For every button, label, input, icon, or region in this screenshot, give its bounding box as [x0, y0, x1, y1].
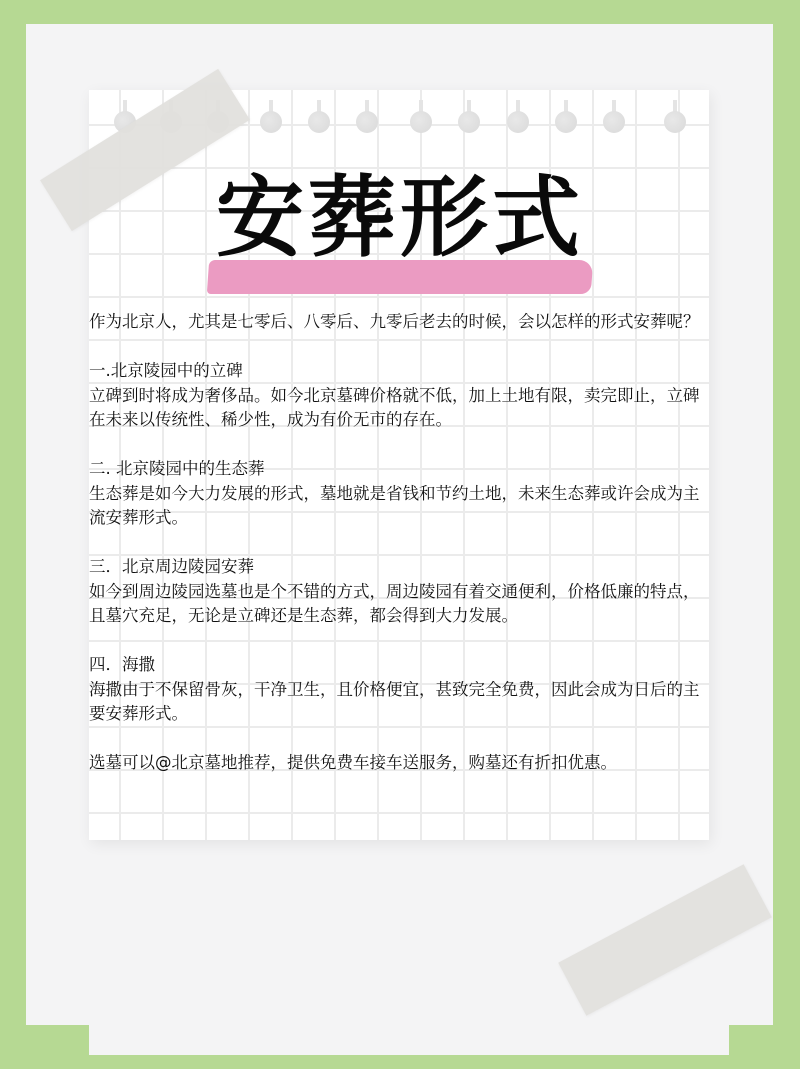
section-3: 三．北京周边陵园安葬 如今到周边陵园选墓也是个不错的方式，周边陵园有着交通便利，…	[89, 555, 714, 629]
binder-hole-icon	[458, 100, 480, 134]
binder-hole-icon	[356, 100, 378, 134]
section-2: 二. 北京陵园中的生态葬 生态葬是如今大力发展的形式，墓地就是省钱和节约土地，未…	[89, 457, 714, 531]
binder-hole-icon	[260, 100, 282, 134]
section-heading: 四．海撒	[89, 653, 714, 678]
section-heading: 二. 北京陵园中的生态葬	[89, 457, 714, 482]
section-1: 一.北京陵园中的立碑 立碑到时将成为奢侈品。如今北京墓碑价格就不低，加上土地有限…	[89, 359, 714, 433]
binder-hole-icon	[410, 100, 432, 134]
article-body: 作为北京人，尤其是七零后、八零后、九零后老去的时候，会以怎样的形式安葬呢？ 一.…	[89, 310, 714, 800]
section-4: 四．海撒 海撒由于不保留骨灰，干净卫生，且价格便宜，甚致完全免费，因此会成为日后…	[89, 653, 714, 727]
section-body: 立碑到时将成为奢侈品。如今北京墓碑价格就不低，加上土地有限，卖完即止，立碑在未来…	[89, 384, 714, 433]
binder-hole-icon	[664, 100, 686, 134]
section-body: 如今到周边陵园选墓也是个不错的方式，周边陵园有着交通便利，价格低廉的特点，且墓穴…	[89, 580, 714, 629]
footer-note: 选墓可以@北京墓地推荐，提供免费车接车送服务，购墓还有折扣优惠。	[89, 751, 714, 776]
section-body: 海撒由于不保留骨灰，干净卫生，且价格便宜，甚致完全免费，因此会成为日后的主要安葬…	[89, 678, 714, 727]
section-body: 生态葬是如今大力发展的形式，墓地就是省钱和节约土地，未来生态葬或许会成为主流安葬…	[89, 482, 714, 531]
intro-paragraph: 作为北京人，尤其是七零后、八零后、九零后老去的时候，会以怎样的形式安葬呢？	[89, 310, 714, 335]
binder-hole-icon	[603, 100, 625, 134]
section-heading: 一.北京陵园中的立碑	[89, 359, 714, 384]
binder-hole-icon	[555, 100, 577, 134]
binder-hole-icon	[308, 100, 330, 134]
binder-hole-icon	[507, 100, 529, 134]
section-heading: 三．北京周边陵园安葬	[89, 555, 714, 580]
